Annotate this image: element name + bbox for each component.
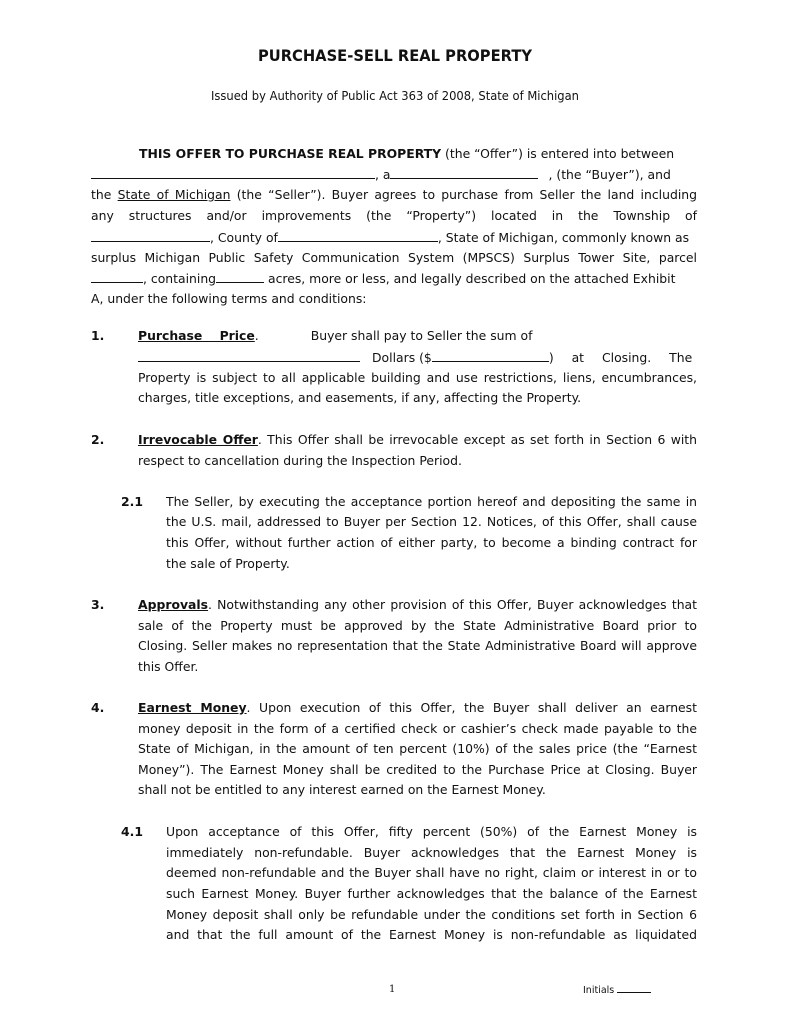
section-4-line-3: State of Michigan, in the amount of ten …: [138, 741, 697, 757]
buyer-entity-blank[interactable]: [390, 166, 538, 179]
initials-label: Initials: [583, 985, 617, 996]
section-4-number: 4.: [91, 700, 104, 715]
section-3-line-4: this Offer.: [138, 659, 198, 675]
section-4-heading: Earnest Money: [138, 700, 247, 715]
seller-name: State of Michigan: [118, 187, 231, 202]
section-2-1-line-2: the U.S. mail, addressed to Buyer per Se…: [166, 514, 697, 530]
section-4-1-line-2: immediately non-refundable. Buyer acknow…: [166, 845, 697, 861]
price-words-blank[interactable]: [138, 349, 360, 362]
intro-line-4: any structures and/or improvements (the …: [91, 208, 697, 224]
intro-line-6: surplus Michigan Public Safety Communica…: [91, 250, 697, 266]
section-1-line-3: Property is subject to all applicable bu…: [138, 370, 697, 386]
section-1-line-2: Dollars ($) at Closing. The: [138, 349, 697, 366]
section-3-line-1: Approvals. Notwithstanding any other pro…: [138, 597, 697, 613]
document-page: PURCHASE-SELL REAL PROPERTY Issued by Au…: [0, 0, 790, 1022]
section-3-line-2: sale of the Property must be approved by…: [138, 618, 697, 634]
section-4-line-2: money deposit in the form of a certified…: [138, 721, 697, 737]
intro-line-8: A, under the following terms and conditi…: [91, 291, 367, 307]
section-2-line-1: Irrevocable Offer. This Offer shall be i…: [138, 432, 697, 448]
section-4-1-number: 4.1: [121, 824, 143, 839]
section-2-line-2: respect to cancellation during the Inspe…: [138, 453, 462, 469]
intro-lead: THIS OFFER TO PURCHASE REAL PROPERTY: [139, 146, 441, 161]
intro-line-5: , County of, State of Michigan, commonly…: [91, 229, 689, 246]
parcel-blank[interactable]: [91, 270, 143, 283]
section-2-heading: Irrevocable Offer: [138, 432, 258, 447]
section-2-1-line-4: the sale of Property.: [166, 556, 290, 572]
county-blank[interactable]: [278, 229, 438, 242]
intro-line-1: THIS OFFER TO PURCHASE REAL PROPERTY (th…: [139, 146, 674, 162]
price-amount-blank[interactable]: [432, 349, 549, 362]
section-4-1-line-6: and that the full amount of the Earnest …: [166, 927, 697, 943]
page-number: 1: [389, 984, 395, 995]
section-1-heading: Purchase Price: [138, 328, 255, 343]
section-3-number: 3.: [91, 597, 104, 612]
section-4-line-4: Money”). The Earnest Money shall be cred…: [138, 762, 697, 778]
intro-line-2: , a, (the “Buyer”), and: [91, 166, 671, 183]
section-1-number: 1.: [91, 328, 104, 343]
section-1-line-1: Purchase Price.Buyer shall pay to Seller…: [138, 328, 532, 344]
section-2-1-number: 2.1: [121, 494, 143, 509]
township-blank[interactable]: [91, 229, 210, 242]
section-4-line-1: Earnest Money. Upon execution of this Of…: [138, 700, 697, 716]
section-2-1-line-1: The Seller, by executing the acceptance …: [166, 494, 697, 510]
document-subtitle: Issued by Authority of Public Act 363 of…: [28, 88, 763, 103]
acres-blank[interactable]: [216, 270, 264, 283]
intro-line-7: , containing acres, more or less, and le…: [91, 270, 675, 287]
section-3-heading: Approvals: [138, 597, 208, 612]
buyer-name-blank[interactable]: [91, 166, 375, 179]
section-4-1-line-3: deemed non-refundable and the Buyer shal…: [166, 865, 697, 881]
intro-line-3: the State of Michigan (the “Seller”). Bu…: [91, 187, 697, 203]
section-1-line-4: charges, title exceptions, and easements…: [138, 390, 581, 406]
section-2-number: 2.: [91, 432, 104, 447]
section-3-line-3: Closing. Seller makes no representation …: [138, 638, 697, 654]
section-4-line-5: shall not be entitled to any interest ea…: [138, 782, 546, 798]
initials-field: Initials: [583, 983, 651, 996]
section-2-1-line-3: this Offer, without further action of ei…: [166, 535, 697, 551]
section-4-1-line-4: such Earnest Money. Buyer further acknow…: [166, 886, 697, 902]
section-4-1-line-1: Upon acceptance of this Offer, fifty per…: [166, 824, 697, 840]
section-4-1-line-5: Money deposit shall only be refundable u…: [166, 907, 697, 923]
initials-blank[interactable]: [617, 983, 651, 993]
document-title: PURCHASE-SELL REAL PROPERTY: [32, 46, 759, 65]
